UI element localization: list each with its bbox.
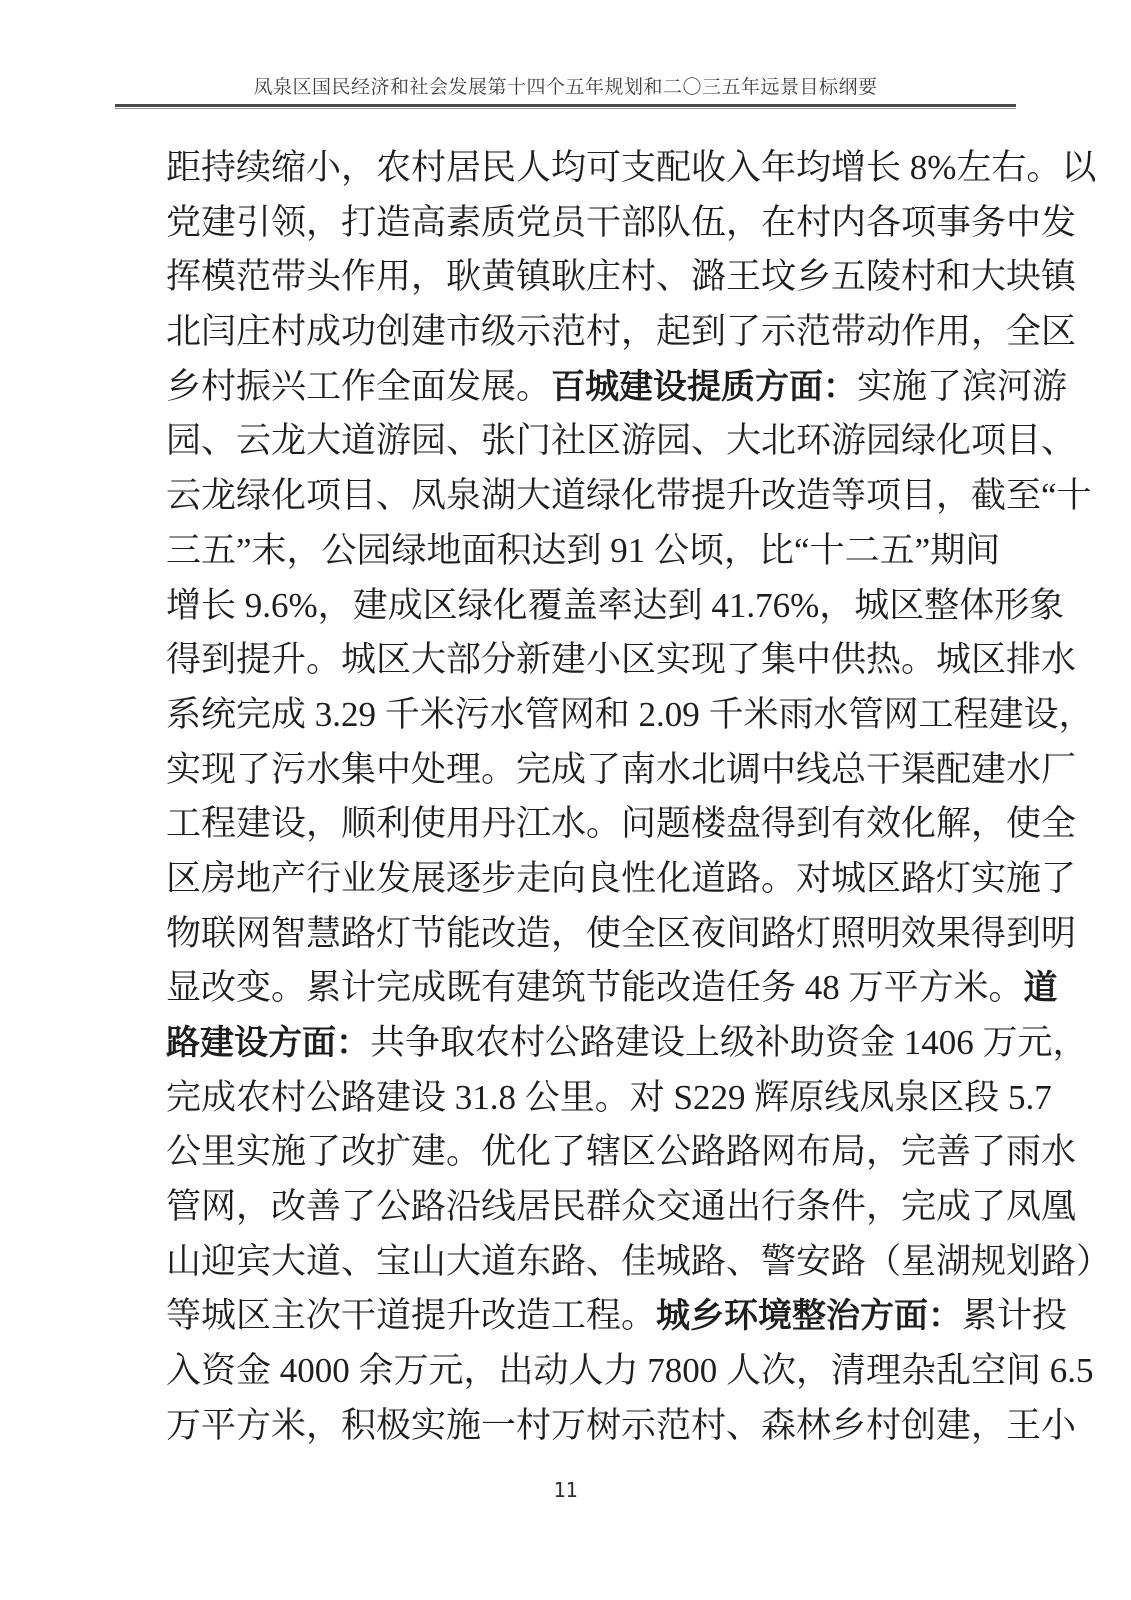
page-number: 11 (0, 1478, 1131, 1502)
paragraph-text: 显改变。累计完成既有建筑节能改造任务 48 万平方米。 (166, 968, 1024, 1007)
paragraph-text: 入资金 4000 余万元，出动人力 7800 人次，清理杂乱空间 6.5 (166, 1351, 1094, 1390)
header-title: 凤泉区国民经济和社会发展第十四个五年规划和二〇三五年远景目标纲要 (0, 72, 1131, 99)
section-heading-text: 百城建设提质方面： (551, 368, 857, 406)
text-line: 万平方米，积极实施一村万树示范村、森林乡村创建，王小 (166, 1399, 966, 1454)
text-line: 完成农村公路建设 31.8 公里。对 S229 辉原线凤泉区段 5.7 (166, 1071, 966, 1126)
section-heading-text: 城乡环境整治方面： (656, 1297, 962, 1335)
paragraph-text: 物联网智慧路灯节能改造，使全区夜间路灯照明效果得到明 (166, 914, 1076, 953)
paragraph-text: 实施了滨河游 (857, 367, 1067, 406)
paragraph-text: 共争取农村公路建设上级补助资金 1406 万元， (370, 1023, 1088, 1062)
paragraph-text: 等城区主次干道提升改造工程。 (166, 1296, 656, 1335)
paragraph-text: 乡村振兴工作全面发展。 (166, 367, 551, 406)
paragraph-text: 挥模范带头作用，耿黄镇耿庄村、潞王坟乡五陵村和大块镇 (166, 257, 1076, 296)
text-line: 管网，改善了公路沿线居民群众交通出行条件，完成了凤凰 (166, 1180, 966, 1235)
text-line: 物联网智慧路灯节能改造，使全区夜间路灯照明效果得到明 (166, 907, 966, 962)
text-line: 挥模范带头作用，耿黄镇耿庄村、潞王坟乡五陵村和大块镇 (166, 250, 966, 305)
paragraph-text: 实现了污水集中处理。完成了南水北调中线总干渠配建水厂 (166, 750, 1076, 789)
paragraph-text: 系统完成 3.29 千米污水管网和 2.09 千米雨水管网工程建设， (166, 695, 1094, 734)
paragraph-text: 距持续缩小，农村居民人均可支配收入年均增长 8%左右。以 (166, 148, 1096, 187)
paragraph-text: 三五”末，公园绿地面积达到 91 公顷，比“十二五”期间 (166, 531, 1000, 570)
text-line: 入资金 4000 余万元，出动人力 7800 人次，清理杂乱空间 6.5 (166, 1344, 966, 1399)
paragraph-text: 增长 9.6%，建成区绿化覆盖率达到 41.76%，城区整体形象 (166, 586, 1064, 625)
body-text: 距持续缩小，农村居民人均可支配收入年均增长 8%左右。以党建引领，打造高素质党员… (166, 141, 966, 1454)
text-line: 路建设方面：共争取农村公路建设上级补助资金 1406 万元， (166, 1016, 966, 1071)
text-line: 乡村振兴工作全面发展。百城建设提质方面：实施了滨河游 (166, 360, 966, 415)
paragraph-text: 区房地产行业发展逐步走向良性化道路。对城区路灯实施了 (166, 859, 1076, 898)
paragraph-text: 工程建设，顺利使用丹江水。问题楼盘得到有效化解，使全 (166, 804, 1076, 843)
paragraph-text: 累计投 (962, 1296, 1067, 1335)
text-line: 得到提升。城区大部分新建小区实现了集中供热。城区排水 (166, 633, 966, 688)
text-line: 显改变。累计完成既有建筑节能改造任务 48 万平方米。道 (166, 961, 966, 1016)
text-line: 党建引领，打造高素质党员干部队伍，在村内各项事务中发 (166, 196, 966, 251)
paragraph-text: 党建引领，打造高素质党员干部队伍，在村内各项事务中发 (166, 203, 1076, 242)
text-line: 增长 9.6%，建成区绿化覆盖率达到 41.76%，城区整体形象 (166, 579, 966, 634)
text-line: 等城区主次干道提升改造工程。城乡环境整治方面：累计投 (166, 1289, 966, 1344)
text-line: 园、云龙大道游园、张门社区游园、大北环游园绿化项目、 (166, 414, 966, 469)
header-rule-divider (115, 104, 1016, 109)
text-line: 云龙绿化项目、凤泉湖大道绿化带提升改造等项目，截至“十 (166, 469, 966, 524)
text-line: 距持续缩小，农村居民人均可支配收入年均增长 8%左右。以 (166, 141, 966, 196)
paragraph-text: 万平方米，积极实施一村万树示范村、森林乡村创建，王小 (166, 1406, 1076, 1445)
text-line: 公里实施了改扩建。优化了辖区公路路网布局，完善了雨水 (166, 1125, 966, 1180)
text-line: 实现了污水集中处理。完成了南水北调中线总干渠配建水厂 (166, 743, 966, 798)
section-heading-text: 道 (1024, 969, 1058, 1007)
paragraph-text: 得到提升。城区大部分新建小区实现了集中供热。城区排水 (166, 640, 1076, 679)
section-heading-text: 路建设方面： (166, 1024, 370, 1062)
document-page: 凤泉区国民经济和社会发展第十四个五年规划和二〇三五年远景目标纲要 距持续缩小，农… (0, 0, 1131, 1600)
paragraph-text: 完成农村公路建设 31.8 公里。对 S229 辉原线凤泉区段 5.7 (166, 1078, 1052, 1117)
paragraph-text: 北闫庄村成功创建市级示范村，起到了示范带动作用，全区 (166, 312, 1076, 351)
paragraph-text: 公里实施了改扩建。优化了辖区公路路网布局，完善了雨水 (166, 1132, 1076, 1171)
text-line: 系统完成 3.29 千米污水管网和 2.09 千米雨水管网工程建设， (166, 688, 966, 743)
text-line: 工程建设，顺利使用丹江水。问题楼盘得到有效化解，使全 (166, 797, 966, 852)
paragraph-text: 山迎宾大道、宝山大道东路、佳城路、警安路（星湖规划路） (166, 1242, 1111, 1281)
text-line: 北闫庄村成功创建市级示范村，起到了示范带动作用，全区 (166, 305, 966, 360)
paragraph-text: 云龙绿化项目、凤泉湖大道绿化带提升改造等项目，截至“十 (166, 476, 1092, 515)
paragraph-text: 园、云龙大道游园、张门社区游园、大北环游园绿化项目、 (166, 421, 1076, 460)
paragraph-text: 管网，改善了公路沿线居民群众交通出行条件，完成了凤凰 (166, 1187, 1076, 1226)
text-line: 三五”末，公园绿地面积达到 91 公顷，比“十二五”期间 (166, 524, 966, 579)
text-line: 山迎宾大道、宝山大道东路、佳城路、警安路（星湖规划路） (166, 1235, 966, 1290)
text-line: 区房地产行业发展逐步走向良性化道路。对城区路灯实施了 (166, 852, 966, 907)
